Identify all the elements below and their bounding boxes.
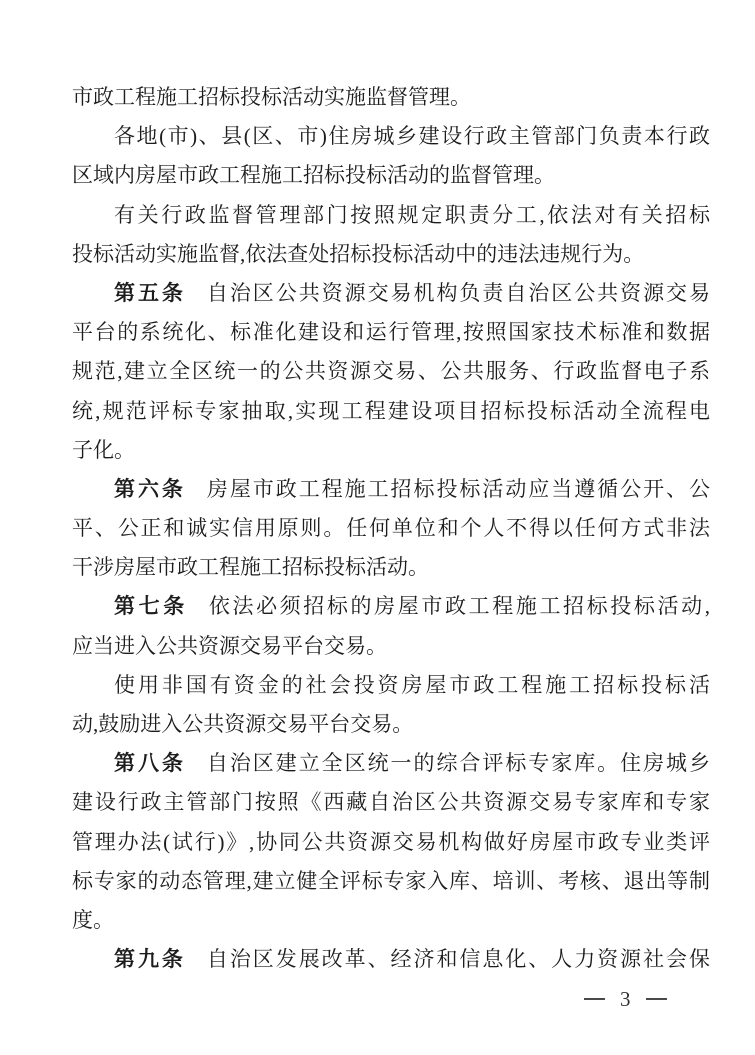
text-line: 干涉房屋市政工程施工招标投标活动。 [72,548,710,587]
page-footer: 3 [584,986,667,1012]
line-text: 规范,建立全区统一的公共资源交易、公共服务、行政监督电子系 [72,359,710,383]
text-line: 建设行政主管部门按照《西藏自治区公共资源交易专家库和专家 [72,783,710,822]
line-text: 干涉房屋市政工程施工招标投标活动。 [72,555,429,579]
line-text: 投标活动实施监督,依法查处招标投标活动中的违法违规行为。 [72,242,644,266]
line-text: 动,鼓励进入公共资源交易平台交易。 [72,712,413,736]
line-text: 建设行政主管部门按照《西藏自治区公共资源交易专家库和专家 [72,790,710,814]
text-line: 各地(市)、县(区、市)住房城乡建设行政主管部门负责本行政 [72,117,710,156]
line-text: 各地(市)、县(区、市)住房城乡建设行政主管部门负责本行政 [114,124,710,148]
document-body: 市政工程施工招标投标活动实施监督管理。 各地(市)、县(区、市)住房城乡建设行政… [72,78,710,979]
line-text: 房屋市政工程施工招标投标活动应当遵循公开、公 [207,477,710,501]
page-number-dash-right [646,998,667,1000]
line-text: 应当进入公共资源交易平台交易。 [72,634,387,658]
line-text: 平、公正和诚实信用原则。任何单位和个人不得以任何方式非法 [72,516,710,540]
text-line: 市政工程施工招标投标活动实施监督管理。 [72,78,710,117]
text-line: 第九条自治区发展改革、经济和信息化、人力资源社会保 [72,940,710,979]
line-text: 区域内房屋市政工程施工招标投标活动的监督管理。 [72,163,555,187]
document-page: 市政工程施工招标投标活动实施监督管理。 各地(市)、县(区、市)住房城乡建设行政… [0,0,755,1055]
article-term: 第九条 [114,948,186,971]
line-text: 管理办法(试行)》,协同公共资源交易机构做好房屋市政专业类评 [72,830,710,854]
text-line: 有关行政监督管理部门按照规定职责分工,依法对有关招标 [72,196,710,235]
text-line: 使用非国有资金的社会投资房屋市政工程施工招标投标活 [72,666,710,705]
line-text: 自治区公共资源交易机构负责自治区公共资源交易 [207,281,710,305]
article-term: 第八条 [114,752,186,775]
line-text: 有关行政监督管理部门按照规定职责分工,依法对有关招标 [114,203,710,227]
text-line: 区域内房屋市政工程施工招标投标活动的监督管理。 [72,156,710,195]
text-line: 规范,建立全区统一的公共资源交易、公共服务、行政监督电子系 [72,352,710,391]
text-line: 度。 [72,901,710,940]
text-line: 管理办法(试行)》,协同公共资源交易机构做好房屋市政专业类评 [72,823,710,862]
text-line: 第五条自治区公共资源交易机构负责自治区公共资源交易 [72,274,710,313]
line-text: 子化。 [72,438,135,462]
article-term: 第六条 [114,478,186,501]
line-text: 自治区建立全区统一的综合评标专家库。住房城乡 [207,751,710,775]
line-text: 市政工程施工招标投标活动实施监督管理。 [72,85,471,109]
text-line: 应当进入公共资源交易平台交易。 [72,627,710,666]
line-text: 依法必须招标的房屋市政工程施工招标投标活动, [209,594,710,618]
line-text: 平台的系统化、标准化建设和运行管理,按照国家技术标准和数据 [72,320,710,344]
page-number: 3 [620,986,631,1012]
text-line: 第八条自治区建立全区统一的综合评标专家库。住房城乡 [72,744,710,783]
line-text: 统,规范评标专家抽取,实现工程建设项目招标投标活动全流程电 [72,399,710,423]
text-line: 平台的系统化、标准化建设和运行管理,按照国家技术标准和数据 [72,313,710,352]
page-number-dash-left [584,998,605,1000]
text-line: 第七条依法必须招标的房屋市政工程施工招标投标活动, [72,587,710,626]
line-text: 标专家的动态管理,建立健全评标专家入库、培训、考核、退出等制 [72,869,710,893]
line-text: 使用非国有资金的社会投资房屋市政工程施工招标投标活 [114,673,710,697]
text-line: 子化。 [72,431,710,470]
line-text: 度。 [72,908,114,932]
article-term: 第五条 [114,282,186,305]
text-line: 统,规范评标专家抽取,实现工程建设项目招标投标活动全流程电 [72,392,710,431]
text-line: 动,鼓励进入公共资源交易平台交易。 [72,705,710,744]
line-text: 自治区发展改革、经济和信息化、人力资源社会保 [207,947,710,971]
text-line: 标专家的动态管理,建立健全评标专家入库、培训、考核、退出等制 [72,862,710,901]
text-line: 第六条房屋市政工程施工招标投标活动应当遵循公开、公 [72,470,710,509]
article-term: 第七条 [114,595,188,618]
text-line: 投标活动实施监督,依法查处招标投标活动中的违法违规行为。 [72,235,710,274]
text-line: 平、公正和诚实信用原则。任何单位和个人不得以任何方式非法 [72,509,710,548]
